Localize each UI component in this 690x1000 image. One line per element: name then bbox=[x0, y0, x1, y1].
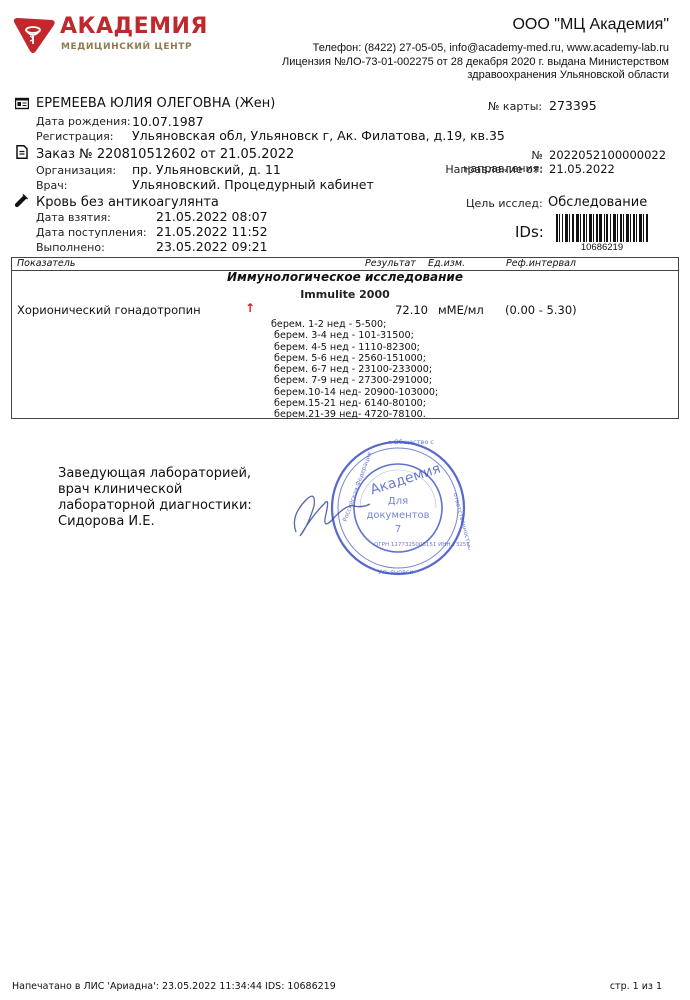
note-line: берем. 7-9 нед - 27300-291000; bbox=[271, 375, 438, 386]
arrow-up-icon: ↑ bbox=[245, 301, 255, 315]
note-line: берем.10-14 нед- 20900-103000; bbox=[271, 387, 438, 398]
signatory-title: Заведующая лабораторией, bbox=[58, 466, 252, 482]
organization-value: пр. Ульяновский, д. 11 bbox=[132, 162, 281, 177]
print-info: Напечатано в ЛИС 'Ариадна': 23.05.2022 1… bbox=[12, 981, 336, 992]
logo-subtitle: МЕДИЦИНСКИЙ ЦЕНТР bbox=[61, 42, 192, 52]
barcode-number: 10686219 bbox=[556, 242, 648, 253]
license-line: здравоохранения Ульяновской области bbox=[282, 69, 669, 83]
company-logo: АКАДЕМИЯ МЕДИЦИНСКИЙ ЦЕНТР bbox=[12, 14, 202, 56]
patient-name: ЕРЕМЕЕВА ЮЛИЯ ОЛЕГОВНА (Жен) bbox=[36, 96, 275, 111]
card-label: № карты: bbox=[488, 100, 542, 113]
received-label: Дата поступления: bbox=[36, 226, 147, 239]
note-line: берем. 1-2 нед - 5-500; bbox=[271, 319, 438, 330]
stamp-text: 7 bbox=[395, 524, 401, 535]
done-label: Выполнено: bbox=[36, 241, 105, 254]
logo-title: АКАДЕМИЯ bbox=[60, 14, 208, 39]
test-unit: мМЕ/мл bbox=[438, 303, 484, 317]
signatory-title: лабораторной диагностики: bbox=[58, 498, 252, 514]
stamp-text: документов bbox=[366, 510, 429, 521]
purpose-value: Обследование bbox=[548, 195, 647, 210]
signatory-block: Заведующая лабораторией, врач клиническо… bbox=[58, 466, 252, 530]
taken-value: 21.05.2022 08:07 bbox=[156, 209, 268, 224]
note-line: берем. 6-7 нед - 23100-233000; bbox=[271, 364, 438, 375]
results-table: Показатель Результат Ед.изм. Реф.интерва… bbox=[11, 257, 679, 419]
section-title: Иммунологическое исследование bbox=[12, 270, 678, 284]
order-title: Заказ № 220810512602 от 21.05.2022 bbox=[36, 147, 294, 162]
note-line: берем.21-39 нед- 4720-78100. bbox=[271, 409, 438, 420]
col-result: Результат bbox=[365, 258, 416, 269]
registration-label: Регистрация: bbox=[36, 130, 113, 143]
analyzer-name: Immulite 2000 bbox=[12, 288, 678, 301]
test-tube-icon bbox=[14, 194, 28, 208]
signatory-name: Сидорова И.Е. bbox=[58, 514, 252, 530]
organization-label: Организация: bbox=[36, 164, 116, 177]
received-value: 21.05.2022 11:52 bbox=[156, 224, 268, 239]
org-name: ООО "МЦ Академия" bbox=[512, 16, 669, 34]
test-name: Хорионический гонадотропин bbox=[17, 303, 201, 317]
svg-text:Ульяновск: Ульяновск bbox=[378, 568, 413, 576]
referral-date-value: 21.05.2022 bbox=[549, 162, 615, 176]
official-stamp: Академия • Общество с Российская Федерац… bbox=[290, 434, 470, 579]
signatory-title: врач клинической bbox=[58, 482, 252, 498]
caduceus-bowl-icon bbox=[12, 16, 56, 54]
doctor-value: Ульяновский. Процедурный кабинет bbox=[132, 177, 374, 192]
barcode-icon bbox=[556, 214, 648, 242]
document-icon bbox=[15, 145, 29, 159]
test-ref-interval: (0.00 - 5.30) bbox=[505, 303, 577, 317]
doctor-label: Врач: bbox=[36, 179, 67, 192]
taken-label: Дата взятия: bbox=[36, 211, 111, 224]
col-indicator: Показатель bbox=[17, 258, 75, 269]
birth-label: Дата рождения: bbox=[36, 115, 131, 128]
col-unit: Ед.изм. bbox=[428, 258, 465, 269]
svg-text:ОГРН 1177325003151 ИНН 7325152: ОГРН 1177325003151 ИНН 7325152 bbox=[374, 542, 470, 548]
svg-text:• Общество с: • Общество с bbox=[388, 438, 434, 446]
ids-label: IDs: bbox=[515, 223, 544, 241]
referral-number-value: 2022052100000022 bbox=[549, 148, 666, 162]
done-value: 23.05.2022 09:21 bbox=[156, 239, 268, 254]
note-line: берем.15-21 нед- 6140-80100; bbox=[271, 398, 438, 409]
org-contacts: Телефон: (8422) 27-05-05, info@academy-m… bbox=[282, 42, 669, 83]
page-number: стр. 1 из 1 bbox=[610, 981, 662, 992]
referral-date-label: Направление от: bbox=[439, 163, 543, 176]
contact-line: Телефон: (8422) 27-05-05, info@academy-m… bbox=[282, 42, 669, 56]
stamp-text: Для bbox=[388, 496, 408, 507]
license-line: Лицензия №ЛО-73-01-002275 от 28 декабря … bbox=[282, 56, 669, 70]
card-value: 273395 bbox=[549, 98, 597, 113]
sample-type: Кровь без антикоагулянта bbox=[36, 195, 219, 210]
note-line: берем. 3-4 нед - 101-31500; bbox=[271, 330, 438, 341]
note-line: берем. 4-5 нед - 1110-82300; bbox=[271, 342, 438, 353]
col-ref: Реф.интервал bbox=[506, 258, 576, 269]
note-line: берем. 5-6 нед - 2560-151000; bbox=[271, 353, 438, 364]
pregnancy-reference-notes: берем. 1-2 нед - 5-500; берем. 3-4 нед -… bbox=[271, 319, 438, 421]
registration-value: Ульяновская обл, Ульяновск г, Ак. Филато… bbox=[132, 128, 505, 143]
id-card-icon bbox=[15, 97, 29, 111]
purpose-label: Цель исслед: bbox=[466, 197, 543, 210]
test-result: 72.10 bbox=[372, 303, 428, 317]
stamp-seal-icon: Академия • Общество с Российская Федерац… bbox=[290, 434, 470, 579]
birth-value: 10.07.1987 bbox=[132, 114, 204, 129]
